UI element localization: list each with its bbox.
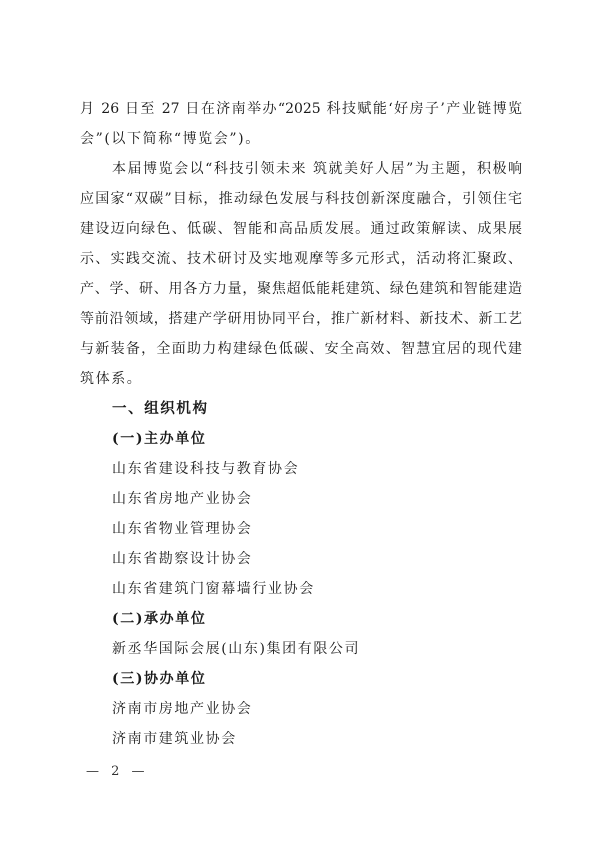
list-item: 济南市建筑业协会 <box>80 724 522 754</box>
body-text-line: 建设迈向绿色、低碳、智能和高品质发展。通过政策解读、成果展 <box>80 214 522 244</box>
subsection-heading-organizer: (二)承办单位 <box>80 604 522 634</box>
section-heading: 一、组织机构 <box>80 394 522 424</box>
body-text-line: 应国家“双碳”目标，推动绿色发展与科技创新深度融合，引领住宅 <box>80 184 522 214</box>
document-page: 月 26 日至 27 日在济南举办“2025 科技赋能‘好房子’产业链博览 会”… <box>80 94 522 754</box>
subsection-heading-host: (一)主办单位 <box>80 424 522 454</box>
body-text-line: 会”(以下简称“博览会”)。 <box>80 124 522 154</box>
body-text-line: 与新装备，全面助力构建绿色低碳、安全高效、智慧宜居的现代建 <box>80 334 522 364</box>
list-item: 山东省房地产业协会 <box>80 484 522 514</box>
list-item: 山东省物业管理协会 <box>80 514 522 544</box>
list-item: 新丞华国际会展(山东)集团有限公司 <box>80 634 522 664</box>
list-item: 济南市房地产业协会 <box>80 694 522 724</box>
body-text-line: 等前沿领域，搭建产学研用协同平台，推广新材料、新技术、新工艺 <box>80 304 522 334</box>
body-text-line: 示、实践交流、技术研讨及实地观摩等多元形式，活动将汇聚政、 <box>80 244 522 274</box>
body-text-line: 筑体系。 <box>80 364 522 394</box>
body-text-line: 产、学、研、用各方力量，聚焦超低能耗建筑、绿色建筑和智能建造 <box>80 274 522 304</box>
page-number: — 2 — <box>86 764 149 779</box>
list-item: 山东省勘察设计协会 <box>80 544 522 574</box>
list-item: 山东省建筑门窗幕墙行业协会 <box>80 574 522 604</box>
body-text-line: 月 26 日至 27 日在济南举办“2025 科技赋能‘好房子’产业链博览 <box>80 94 522 124</box>
list-item: 山东省建设科技与教育协会 <box>80 454 522 484</box>
body-text-line: 本届博览会以“科技引领未来 筑就美好人居”为主题，积极响 <box>80 154 522 184</box>
subsection-heading-co-organizer: (三)协办单位 <box>80 664 522 694</box>
